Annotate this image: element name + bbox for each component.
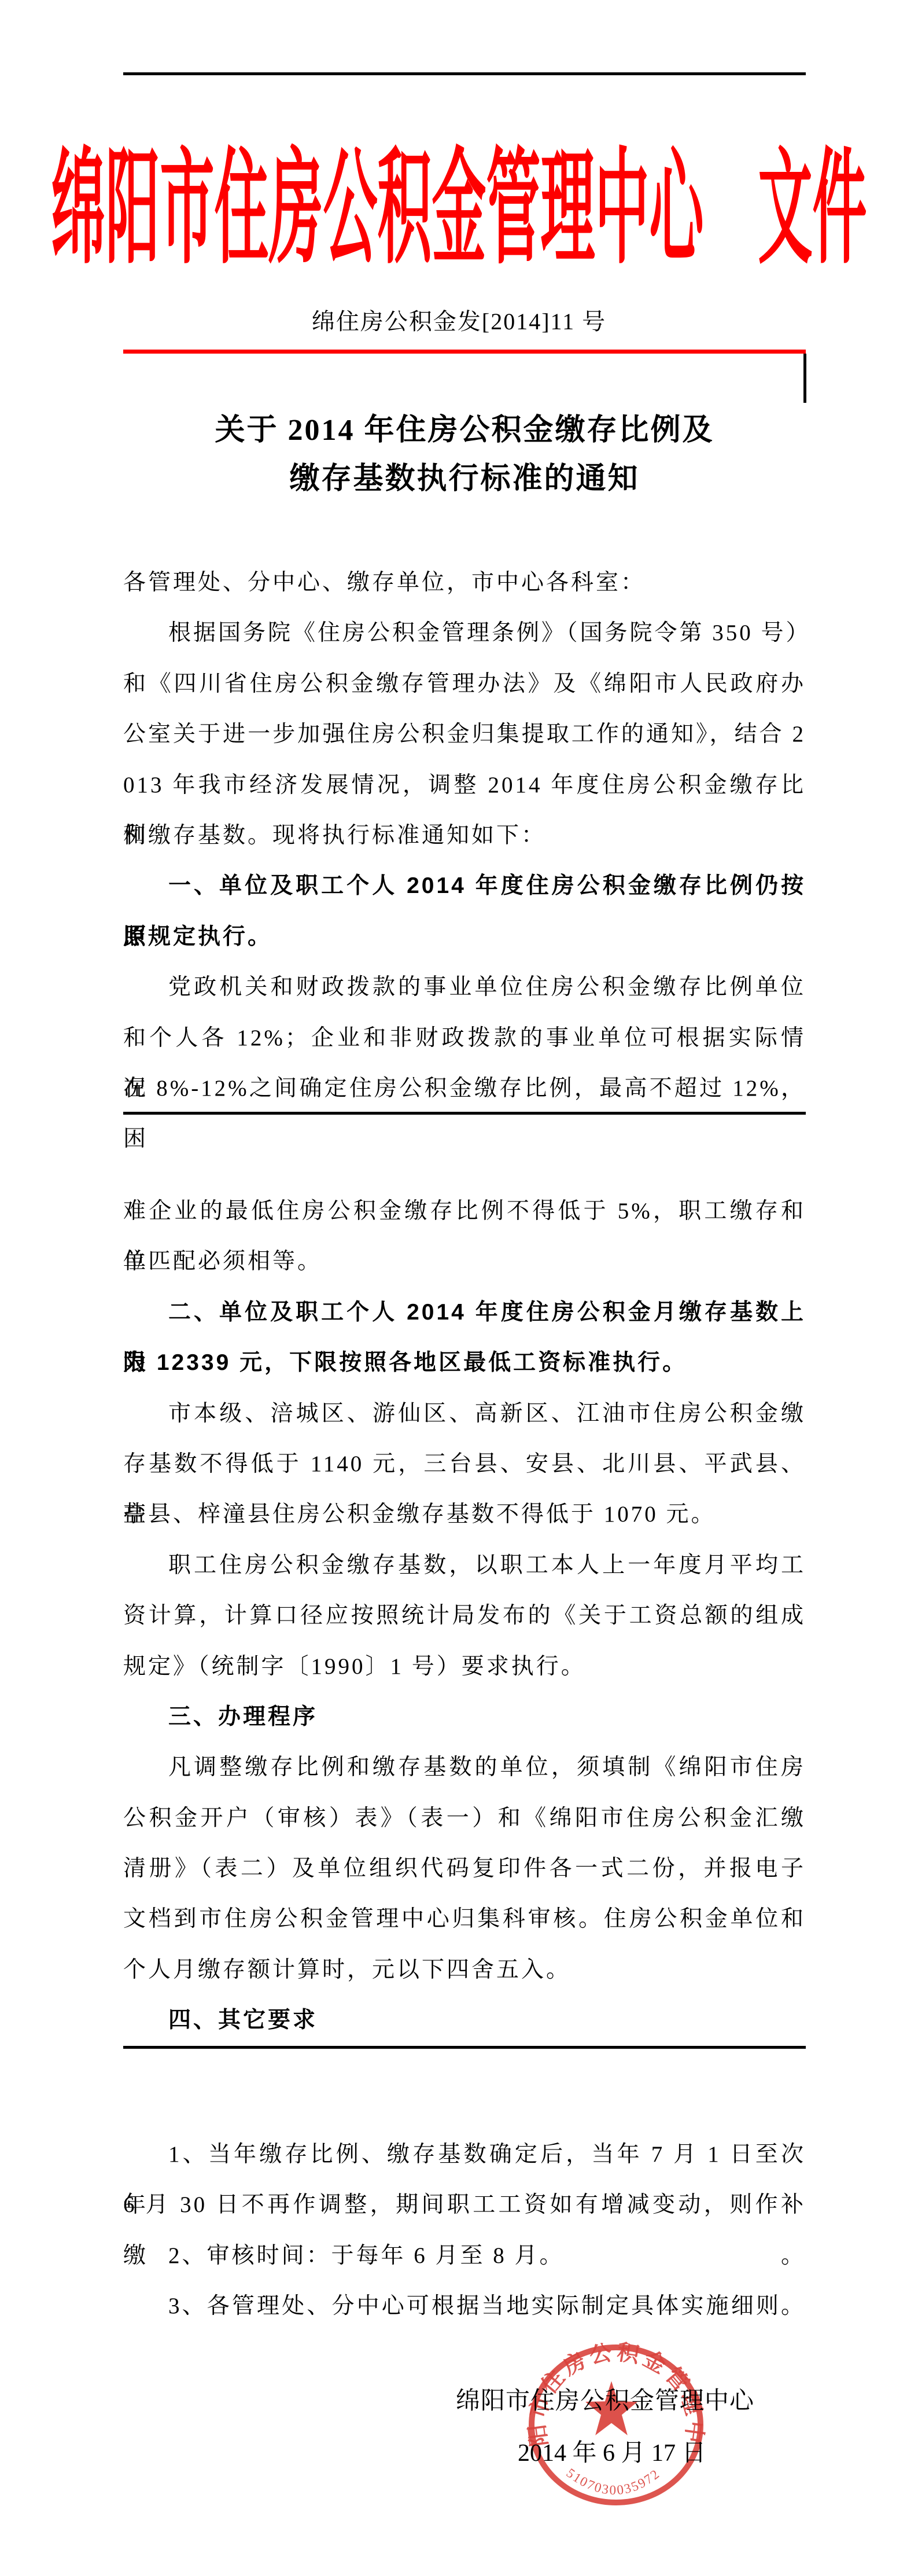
right-edge-tick (803, 354, 806, 403)
body-line: 个人月缴存额计算时，元以下四舍五入。 (123, 1945, 806, 1995)
body-line: 和个人各 12%；企业和非财政拨款的事业单位可根据实际情况， (123, 1013, 806, 1063)
body-line: 三、办理程序 (123, 1692, 806, 1742)
body-line: 为 12339 元，下限按照各地区最低工资标准执行。 (123, 1337, 806, 1388)
doc-title-line-2: 缴存基数执行标准的通知 (123, 455, 806, 504)
body-page-2: 难企业的最低住房公积金缴存比例不得低于 5%，职工缴存和单位匹配必须相等。二、单… (123, 1186, 806, 2046)
body-line: 013 年我市经济发展情况，调整 2014 年度住房公积金缴存比例 (123, 760, 806, 810)
signature-org: 绵阳市住房公积金管理中心 (456, 2385, 754, 2417)
body-line: 资计算，计算口径应按照统计局发布的《关于工资总额的组成 (123, 1590, 806, 1641)
document-page: 绵阳市住房公积金管理中心 文件 绵住房公积金发[2014]11 号 关于 201… (0, 0, 918, 2576)
header-rule (123, 72, 806, 75)
body-line: 难企业的最低住房公积金缴存比例不得低于 5%，职工缴存和单 (123, 1186, 806, 1236)
body-line: 规定》（统制字〔1990〕1 号）要求执行。 (123, 1641, 806, 1692)
body-line: 党政机关和财政拨款的事业单位住房公积金缴存比例单位 (123, 962, 806, 1012)
body-line: 文档到市住房公积金管理中心归集科审核。住房公积金单位和 (123, 1894, 806, 1944)
body-line: 四、其它要求 (123, 1995, 806, 2045)
page-break-rule-2 (123, 2046, 806, 2049)
body-page-1: 各管理处、分中心、缴存单位，市中心各科室：根据国务院《住房公积金管理条例》（国务… (123, 557, 806, 1114)
body-line: 1、当年缴存比例、缴存基数确定后，当年 7 月 1 日至次年 (123, 2129, 806, 2180)
doc-title: 关于 2014 年住房公积金缴存比例及 缴存基数执行标准的通知 (123, 406, 806, 504)
body-line: 清册》（表二）及单位组织代码复印件各一式二份，并报电子 (123, 1843, 806, 1894)
body-line: 公积金开户（审核）表》（表一）和《绵阳市住房公积金汇缴 (123, 1793, 806, 1843)
red-divider-rule (123, 350, 806, 354)
body-line: 凡调整缴存比例和缴存基数的单位，须填制《绵阳市住房 (123, 1742, 806, 1792)
body-line: 二、单位及职工个人 2014 年度住房公积金月缴存基数上限 (123, 1287, 806, 1337)
page-break-rule-1 (123, 1112, 806, 1115)
org-title: 绵阳市住房公积金管理中心 文件 (0, 148, 918, 273)
body-page-3: 1、当年缴存比例、缴存基数确定后，当年 7 月 1 日至次年6 月 30 日不再… (123, 2129, 806, 2332)
body-line: 一、单位及职工个人 2014 年度住房公积金缴存比例仍按照 (123, 861, 806, 911)
doc-title-line-1: 关于 2014 年住房公积金缴存比例及 (123, 406, 806, 455)
body-line: 各管理处、分中心、缴存单位，市中心各科室： (123, 557, 806, 608)
doc-number: 绵住房公积金发[2014]11 号 (0, 308, 918, 336)
body-line: 职工住房公积金缴存基数，以职工本人上一年度月平均工 (123, 1540, 806, 1590)
body-line: 根据国务院《住房公积金管理条例》（国务院令第 350 号） (123, 608, 806, 658)
body-line: 市本级、涪城区、游仙区、高新区、江油市住房公积金缴 (123, 1388, 806, 1439)
official-seal: 绵阳市住房公积金管理中心 5107030035972 (523, 2341, 709, 2510)
body-line: 原规定执行。 (123, 912, 806, 962)
body-line: 位匹配必须相等。 (123, 1236, 806, 1287)
body-line: 3、各管理处、分中心可根据当地实际制定具体实施细则。 (123, 2281, 806, 2331)
body-line: 6 月 30 日不再作调整，期间职工工资如有增减变动，则作补缴。 (123, 2180, 806, 2230)
body-line: 和《四川省住房公积金缴存管理办法》及《绵阳市人民政府办 (123, 659, 806, 709)
body-line: 在 8%-12%之间确定住房公积金缴存比例，最高不超过 12%，困 (123, 1063, 806, 1114)
body-line: 和缴存基数。现将执行标准通知如下： (123, 810, 806, 861)
body-line: 亭县、梓潼县住房公积金缴存基数不得低于 1070 元。 (123, 1489, 806, 1539)
body-line: 公室关于进一步加强住房公积金归集提取工作的通知》，结合 2 (123, 709, 806, 759)
body-line: 存基数不得低于 1140 元，三台县、安县、北川县、平武县、盐 (123, 1439, 806, 1489)
signature-date: 2014 年 6 月 17 日 (518, 2437, 706, 2470)
